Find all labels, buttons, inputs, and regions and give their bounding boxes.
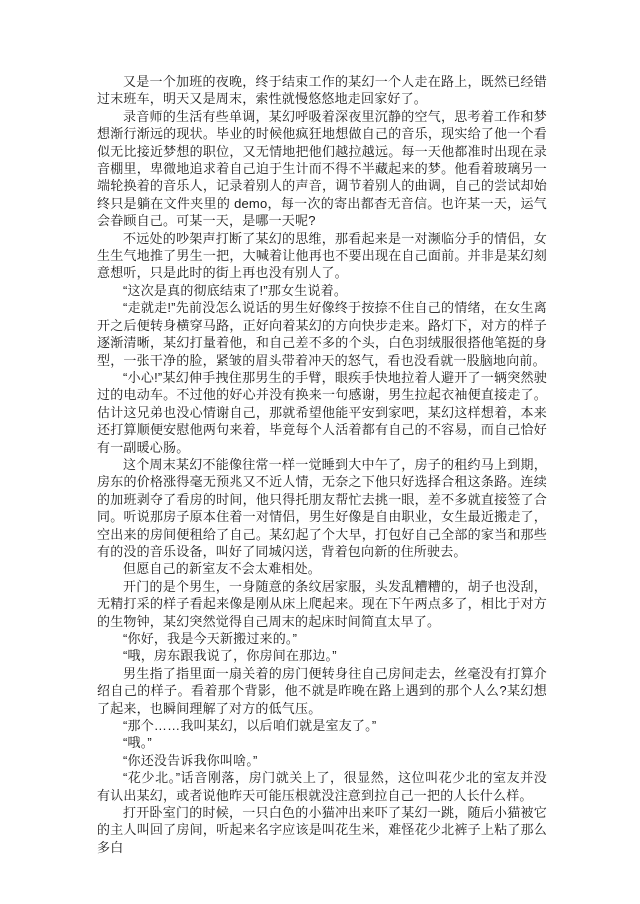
paragraph: 这个周末某幻不能像往常一样一觉睡到大中午了，房子的租约马上到期，房东的价格涨得毫… (97, 456, 547, 560)
paragraph: 开门的是个男生，一身随意的条纹居家服，头发乱糟糟的，胡子也没刮，无精打采的样子看… (97, 578, 547, 630)
paragraph: 但愿自己的新室友不会太难相处。 (97, 560, 547, 577)
paragraph: “花少北。”话音刚落，房门就关上了，很显然，这位叫花少北的室友并没有认出某幻，或… (97, 769, 547, 804)
paragraph: “你还没告诉我你叫啥。” (97, 752, 547, 769)
paragraph: “哦。” (97, 734, 547, 751)
paragraph: 又是一个加班的夜晚，终于结束工作的某幻一个人走在路上，既然已经错过末班车，明天又… (97, 73, 547, 108)
paragraph: 打开卧室门的时候，一只白色的小猫冲出来吓了某幻一跳，随后小猫被它的主人叫回了房间… (97, 804, 547, 856)
paragraph: “那个……我叫某幻，以后咱们就是室友了。” (97, 717, 547, 734)
paragraph: “这次是真的彻底结束了!”那女生说着。 (97, 282, 547, 299)
paragraph: 不远处的吵架声打断了某幻的思维，那看起来是一对濒临分手的情侣，女生生气地推了男生… (97, 230, 547, 282)
page-text: 又是一个加班的夜晚，终于结束工作的某幻一个人走在路上，既然已经错过末班车，明天又… (97, 73, 547, 856)
paragraph: “小心!”某幻伸手拽住那男生的手臂，眼疾手快地拉着人避开了一辆突然驶过的电动车。… (97, 369, 547, 456)
paragraph: 录音师的生活有些单调，某幻呼吸着深夜里沉静的空气，思考着工作和梦想渐行渐远的现状… (97, 108, 547, 230)
paragraph: “走就走!”先前没怎么说话的男生好像终于按捺不住自己的情绪，在女生离开之后便转身… (97, 299, 547, 369)
paragraph: “哦，房东跟我说了，你房间在那边。” (97, 647, 547, 664)
paragraph: 男生指了指里面一扇关着的房门便转身往自己房间走去，丝毫没有打算介绍自己的样子。看… (97, 665, 547, 717)
paragraph: “你好，我是今天新搬过来的。” (97, 630, 547, 647)
novel-page: 又是一个加班的夜晚，终于结束工作的某幻一个人走在路上，既然已经错过末班车，明天又… (0, 0, 640, 904)
